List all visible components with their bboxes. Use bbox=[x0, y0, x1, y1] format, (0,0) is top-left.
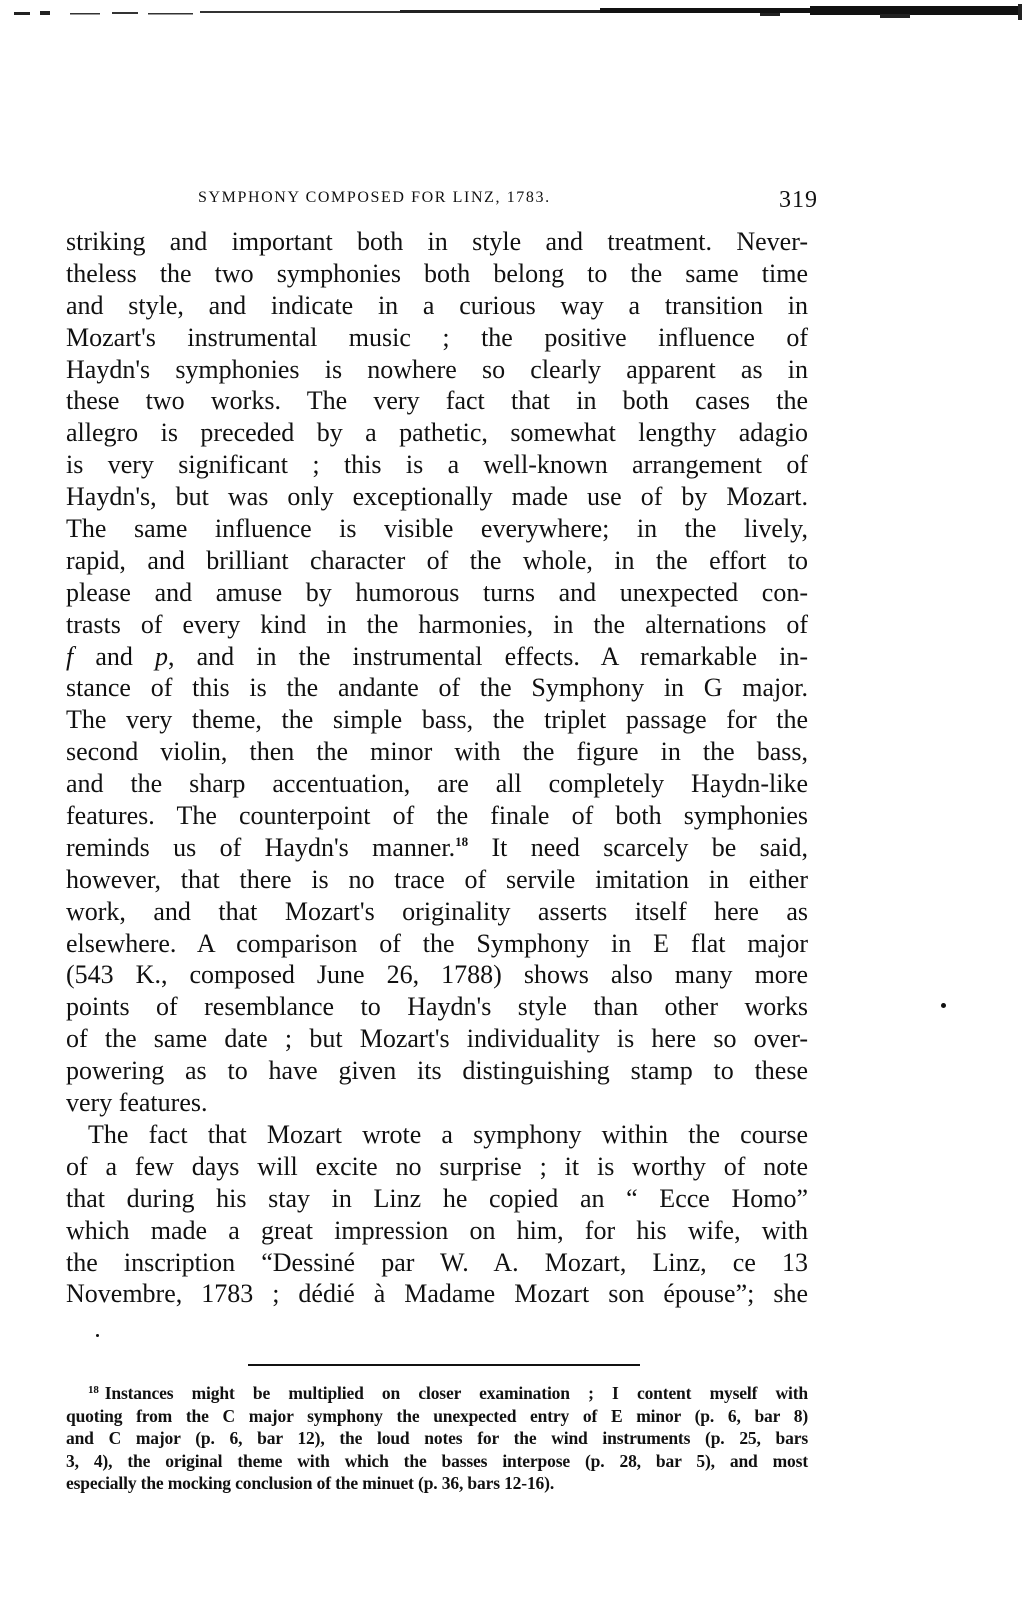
text-line: work, and that Mozart's originality asse… bbox=[66, 896, 808, 928]
text-fragment: , and in the instrumental effects. A rem… bbox=[168, 642, 808, 671]
footnote-reference-18[interactable]: 18 bbox=[455, 834, 468, 849]
text-line: (543 K., composed June 26, 1788) shows a… bbox=[66, 959, 808, 991]
text-line: Haydn's, but was only exceptionally made… bbox=[66, 481, 808, 513]
scan-edge-artifact bbox=[0, 0, 1034, 30]
text-line: points of resemblance to Haydn's style t… bbox=[66, 991, 808, 1023]
scan-speck bbox=[941, 1003, 946, 1008]
text-line: of a few days will excite no surprise ; … bbox=[66, 1151, 808, 1183]
text-line: that during his stay in Linz he copied a… bbox=[66, 1183, 808, 1215]
text-line: striking and important both in style and… bbox=[66, 226, 808, 258]
text-line: features. The counterpoint of the finale… bbox=[66, 800, 808, 832]
text-line-with-footnote-ref: reminds us of Haydn's manner.18 It need … bbox=[66, 832, 808, 864]
footnotes: 18Instances might be multiplied on close… bbox=[66, 1382, 808, 1495]
text-line: which made a great impression on him, fo… bbox=[66, 1215, 808, 1247]
text-line: is very significant ; this is a well-kno… bbox=[66, 449, 808, 481]
text-line: and style, and indicate in a curious way… bbox=[66, 290, 808, 322]
text-line: theless the two symphonies both belong t… bbox=[66, 258, 808, 290]
text-line: Mozart's instrumental music ; the positi… bbox=[66, 322, 808, 354]
footnote-18-line: especially the mocking conclusion of the… bbox=[66, 1472, 808, 1495]
text-line: of the same date ; but Mozart's individu… bbox=[66, 1023, 808, 1055]
text-line: the inscription “Dessiné par W. A. Mozar… bbox=[66, 1247, 808, 1279]
footnote-18-line: 3, 4), the original theme with which the… bbox=[66, 1450, 808, 1473]
text-fragment: It need scarcely be said, bbox=[468, 833, 808, 862]
text-fragment: and bbox=[73, 642, 155, 671]
scan-speck bbox=[96, 1334, 99, 1337]
paragraph-start-line: The fact that Mozart wrote a symphony wi… bbox=[66, 1119, 808, 1151]
text-line: Novembre, 1783 ; dédié à Madame Mozart s… bbox=[66, 1278, 808, 1310]
text-line: these two works. The very fact that in b… bbox=[66, 385, 808, 417]
text-line: The very theme, the simple bass, the tri… bbox=[66, 704, 808, 736]
running-head: SYMPHONY COMPOSED FOR LINZ, 1783. 319 bbox=[198, 189, 820, 221]
text-line: and the sharp accentuation, are all comp… bbox=[66, 768, 808, 800]
text-line: trasts of every kind in the harmonies, i… bbox=[66, 609, 808, 641]
text-fragment: reminds us of Haydn's manner. bbox=[66, 833, 455, 862]
paragraph-end-line: very features. bbox=[66, 1087, 808, 1119]
footnote-18-line: and C major (p. 6, bar 12), the loud not… bbox=[66, 1427, 808, 1450]
text-line: Haydn's symphonies is nowhere so clearly… bbox=[66, 354, 808, 386]
text-line: stance of this is the andante of the Sym… bbox=[66, 672, 808, 704]
text-line-dynamics: f and p, and in the instrumental effects… bbox=[66, 641, 808, 673]
footnote-separator-rule bbox=[248, 1364, 640, 1366]
footnote-18-line: 18Instances might be multiplied on close… bbox=[66, 1382, 808, 1405]
text-line: allegro is preceded by a pathetic, somew… bbox=[66, 417, 808, 449]
text-line: second violin, then the minor with the f… bbox=[66, 736, 808, 768]
body-text: striking and important both in style and… bbox=[66, 226, 808, 1310]
page-number: 319 bbox=[779, 187, 818, 214]
text-line: powering as to have given its distinguis… bbox=[66, 1055, 808, 1087]
footnote-18-line: quoting from the C major symphony the un… bbox=[66, 1405, 808, 1428]
scan-noise-graphic bbox=[0, 0, 1034, 30]
text-line: please and amuse by humorous turns and u… bbox=[66, 577, 808, 609]
text-line: however, that there is no trace of servi… bbox=[66, 864, 808, 896]
piano-mark: p bbox=[155, 642, 168, 671]
footnote-number: 18 bbox=[88, 1384, 99, 1396]
running-title: SYMPHONY COMPOSED FOR LINZ, 1783. bbox=[198, 189, 551, 207]
text-line: The same influence is visible everywhere… bbox=[66, 513, 808, 545]
footnote-text: Instances might be multiplied on closer … bbox=[105, 1383, 808, 1403]
text-line: rapid, and brilliant character of the wh… bbox=[66, 545, 808, 577]
text-line: elsewhere. A comparison of the Symphony … bbox=[66, 928, 808, 960]
